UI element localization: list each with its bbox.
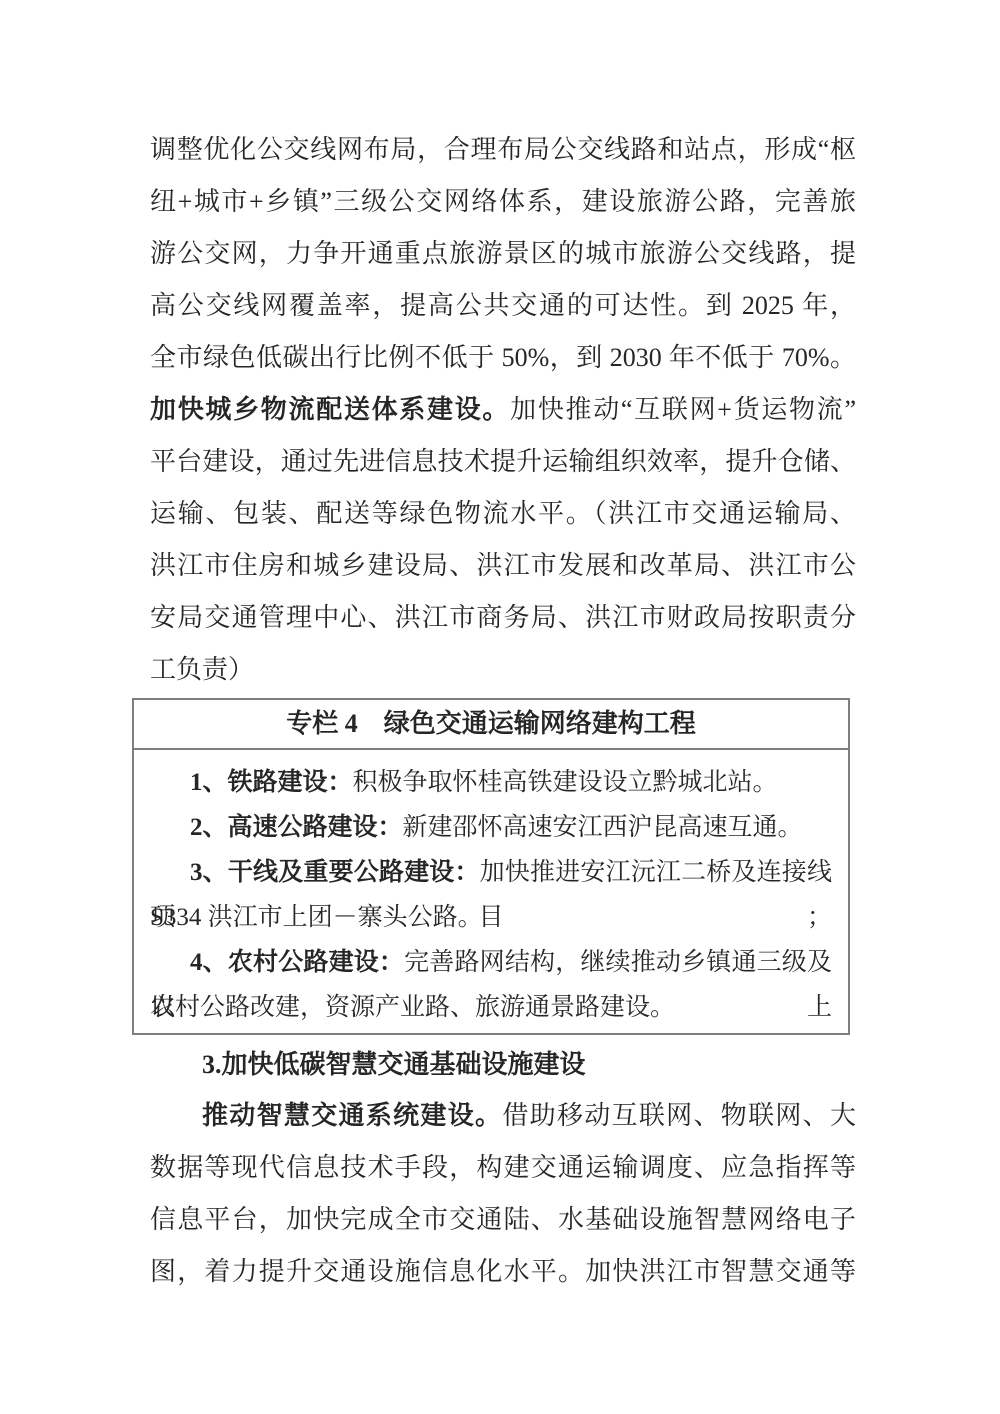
body-line: 洪江市住房和城乡建设局、洪江市发展和改革局、洪江市公 <box>150 540 856 592</box>
section-heading: 3.加快低碳智慧交通基础设施建设 <box>150 1040 856 1090</box>
panel-item: 4、农村公路建设：完善路网结构，继续推动乡镇通三级及以上 <box>150 940 832 985</box>
body-text: 借助移动互联网、物联网、大 <box>502 1101 856 1130</box>
panel-item-label: 1、铁路建设： <box>190 769 353 796</box>
body-line: 加快城乡物流配送体系建设。加快推动“互联网+货运物流” <box>150 384 856 436</box>
panel-item-label: 2、高速公路建设： <box>190 814 403 841</box>
bold-lead: 加快城乡物流配送体系建设。 <box>150 395 510 424</box>
body-line: 调整优化公交线网布局，合理布局公交线路和站点，形成“枢 <box>150 124 856 176</box>
body-line: 游公交网，力争开通重点旅游景区的城市旅游公交线路，提 <box>150 228 856 280</box>
column-panel: 专栏 4 绿色交通运输网络建构工程 1、铁路建设：积极争取怀桂高铁建设设立黔城北… <box>132 698 850 1035</box>
body-line: 全市绿色低碳出行比例不低于 50%，到 2030 年不低于 70%。 <box>150 332 856 384</box>
bold-lead: 推动智慧交通系统建设。 <box>202 1101 502 1130</box>
panel-item-text: 新建邵怀高速安江西沪昆高速互通。 <box>403 814 803 841</box>
panel-item-label: 4、农村公路建设： <box>190 949 404 976</box>
body-line: 推动智慧交通系统建设。借助移动互联网、物联网、大 <box>150 1090 856 1142</box>
body-line: 平台建设，通过先进信息技术提升运输组织效率，提升仓储、 <box>150 436 856 488</box>
panel-item-label: 3、干线及重要公路建设： <box>190 859 480 886</box>
body-line: 高公交线网覆盖率，提高公共交通的可达性。到 2025 年， <box>150 280 856 332</box>
lower-text-block: 3.加快低碳智慧交通基础设施建设 推动智慧交通系统建设。借助移动互联网、物联网、… <box>150 1040 856 1298</box>
body-line: 纽+城市+乡镇”三级公交网络体系，建设旅游公路，完善旅 <box>150 176 856 228</box>
body-line: 安局交通管理中心、洪江市商务局、洪江市财政局按职责分 <box>150 592 856 644</box>
body-line: 运输、包装、配送等绿色物流水平。（洪江市交通运输局、 <box>150 488 856 540</box>
body-text: 加快推动“互联网+货运物流” <box>510 395 856 424</box>
body-line: 数据等现代信息技术手段，构建交通运输调度、应急指挥等 <box>150 1142 856 1194</box>
body-line: 信息平台，加快完成全市交通陆、水基础设施智慧网络电子 <box>150 1194 856 1246</box>
panel-item: 2、高速公路建设：新建邵怀高速安江西沪昆高速互通。 <box>150 805 832 850</box>
panel-title: 专栏 4 绿色交通运输网络建构工程 <box>134 700 848 750</box>
body-line: 工负责） <box>150 644 856 696</box>
panel-body: 1、铁路建设：积极争取怀桂高铁建设设立黔城北站。 2、高速公路建设：新建邵怀高速… <box>134 750 848 1030</box>
main-text-block: 调整优化公交线网布局，合理布局公交线路和站点，形成“枢 纽+城市+乡镇”三级公交… <box>150 124 856 696</box>
panel-item: 3、干线及重要公路建设：加快推进安江沅江二桥及连接线项目； <box>150 850 832 895</box>
document-page: 调整优化公交线网布局，合理布局公交线路和站点，形成“枢 纽+城市+乡镇”三级公交… <box>0 0 1000 1414</box>
body-line: 图，着力提升交通设施信息化水平。加快洪江市智慧交通等 <box>150 1246 856 1298</box>
panel-item: 1、铁路建设：积极争取怀桂高铁建设设立黔城北站。 <box>150 760 832 805</box>
panel-item-text: 积极争取怀桂高铁建设设立黔城北站。 <box>353 769 778 796</box>
